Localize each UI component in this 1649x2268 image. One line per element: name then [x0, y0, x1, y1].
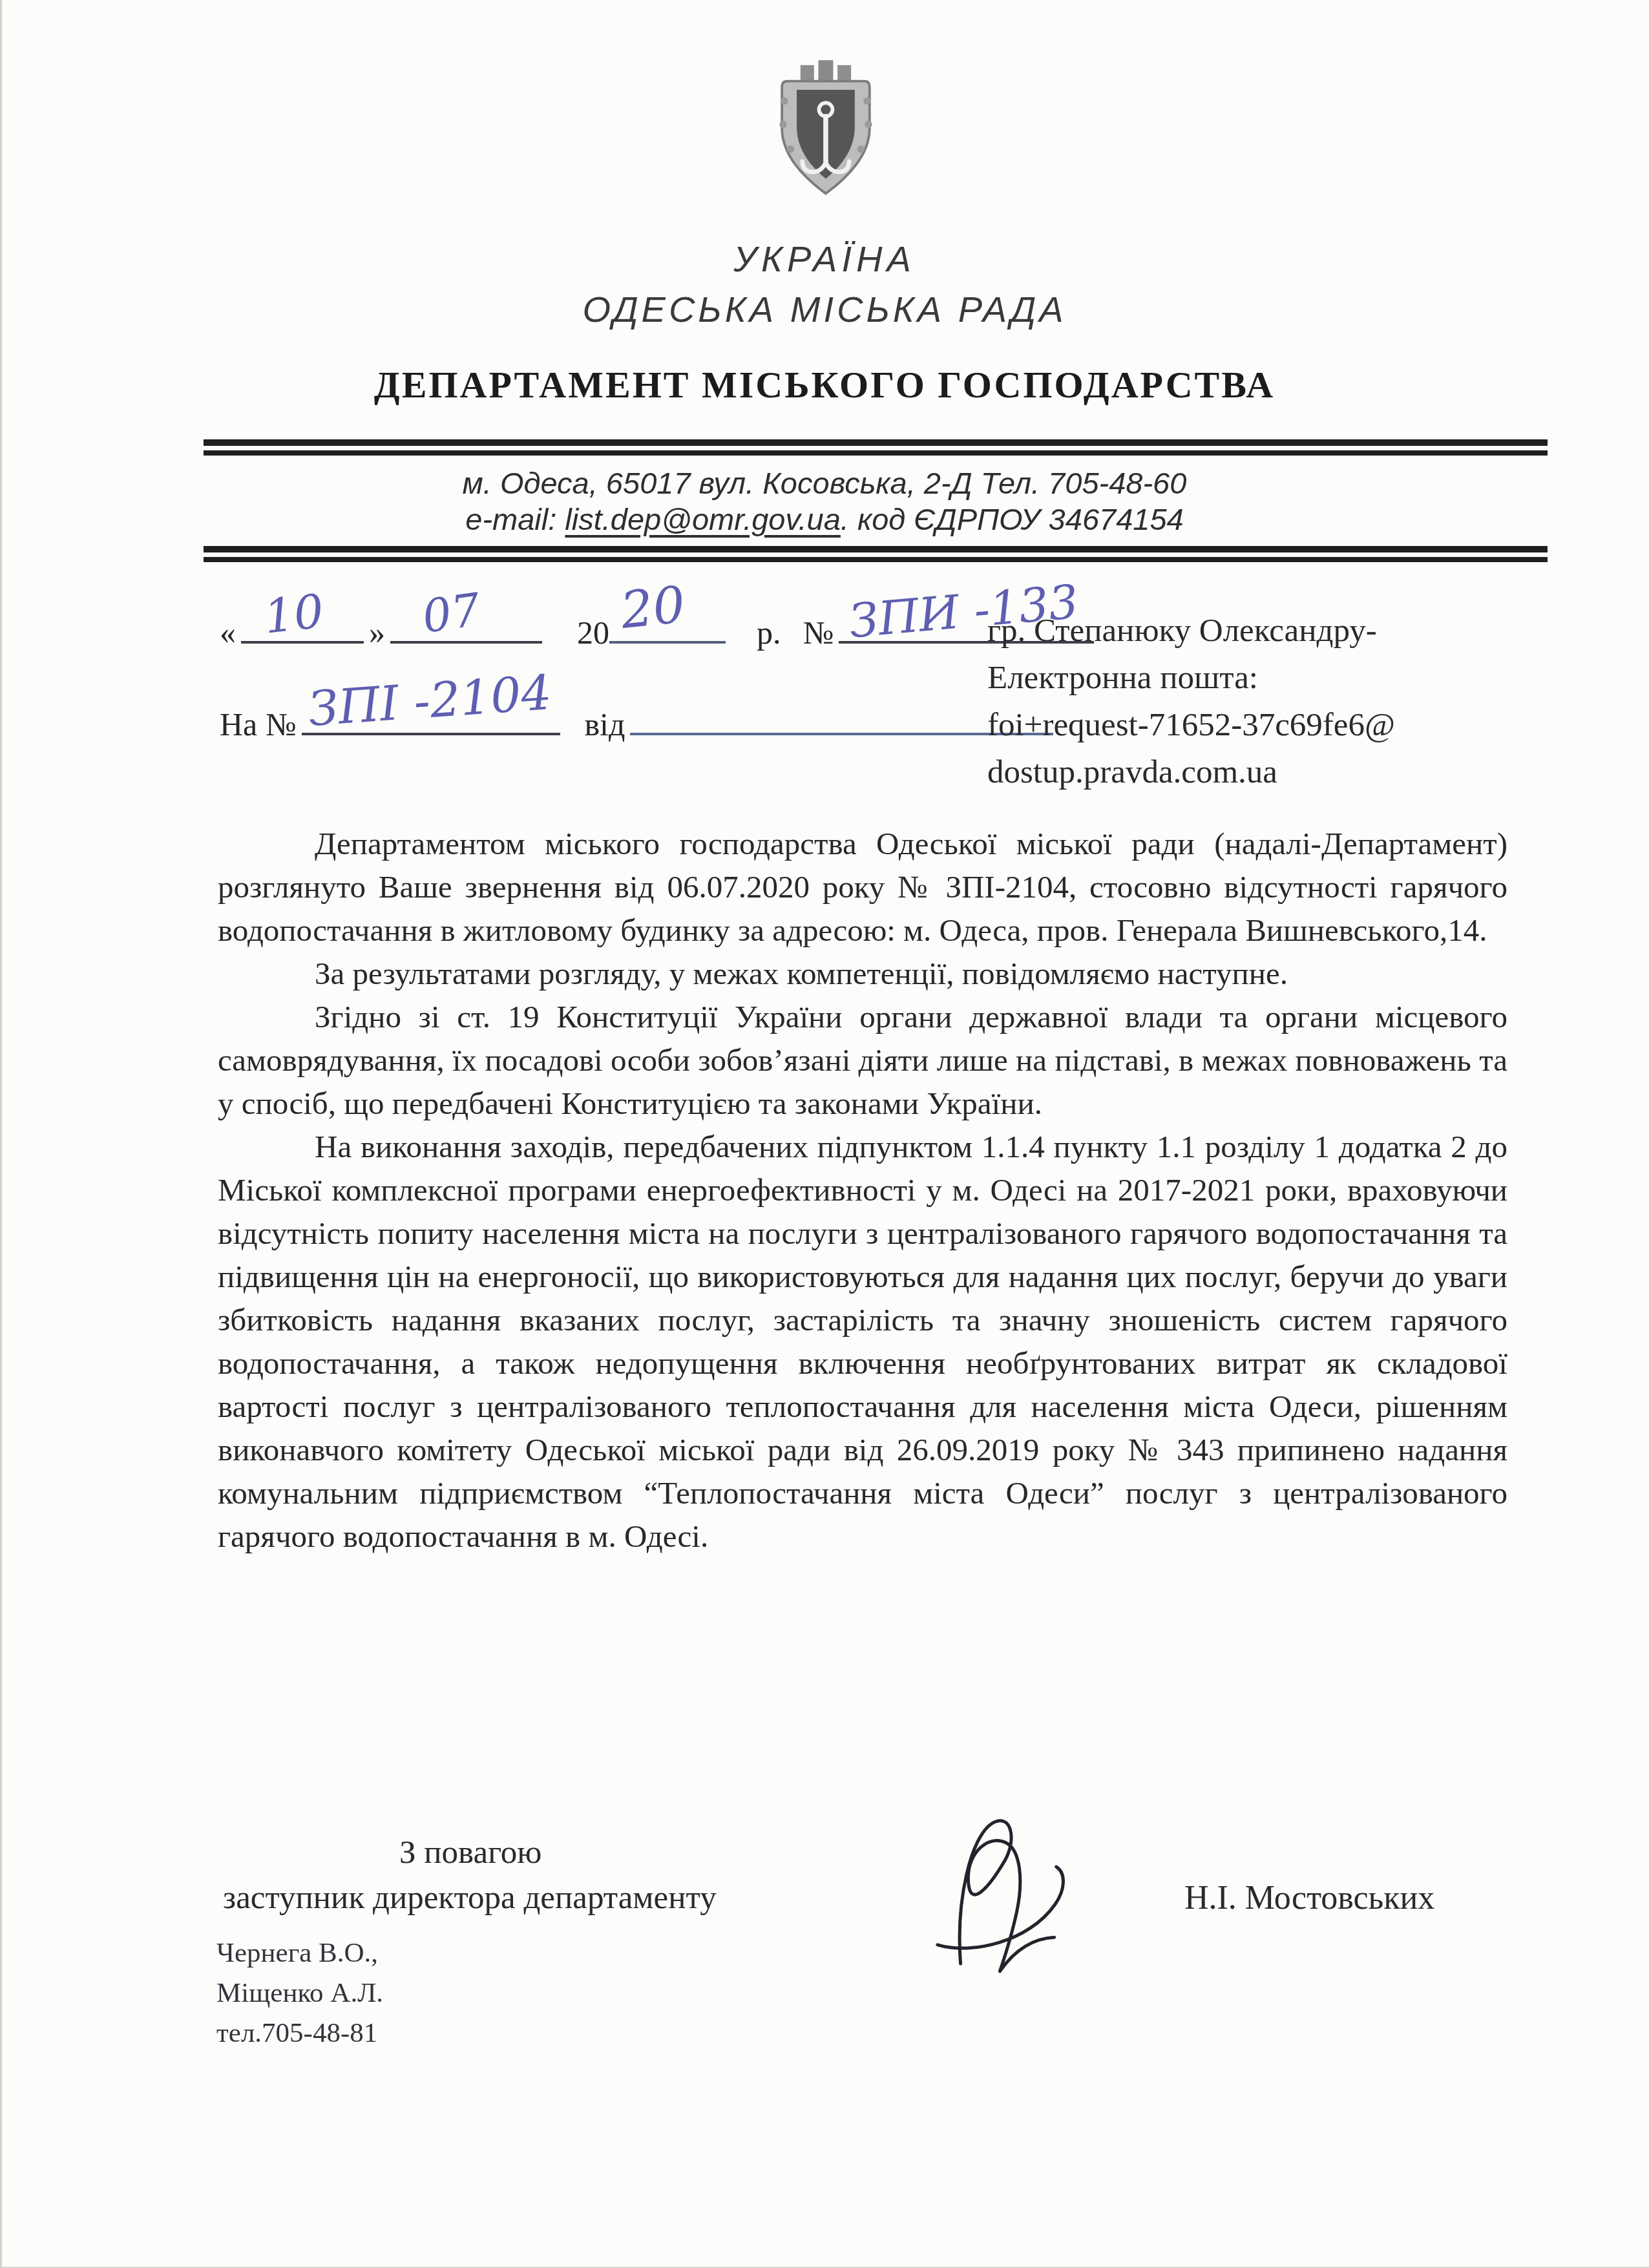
executor-block: Чернега В.О., Міщенко А.Л. тел.705-48-81: [216, 1933, 383, 2053]
double-rule-bottom: [204, 546, 1548, 562]
email-label: e-mail:: [465, 502, 565, 536]
executor-2: Міщенко А.Л.: [216, 1973, 383, 2013]
executor-1: Чернега В.О.,: [216, 1933, 383, 1973]
odesa-coat-of-arms-icon: [770, 57, 881, 207]
handwritten-reply-number: ЗПІ -2104: [306, 665, 553, 737]
reference-date-line: «10»072020р.№ЗПИ -133: [220, 605, 1099, 651]
signer-name: Н.І. Мостовських: [1184, 1879, 1434, 1917]
city-council-title: ОДЕСЬКА МІСЬКА РАДА: [0, 288, 1649, 330]
day-blank: 10: [241, 605, 364, 644]
month-blank: 07: [390, 605, 542, 644]
reply-number-blank: ЗПІ -2104: [302, 697, 560, 735]
year-suffix: р.: [757, 614, 781, 651]
scanned-letter-page: УКРАЇНА ОДЕСЬКА МІСЬКА РАДА ДЕПАРТАМЕНТ …: [0, 0, 1649, 2268]
paragraph-2: За результатами розгляду, у межах компет…: [218, 952, 1507, 995]
department-title: ДЕПАРТАМЕНТ МІСЬКОГО ГОСПОДАРСТВА: [0, 363, 1649, 406]
recipient-email-part1: foi+request-71652-37c69fe6@: [987, 702, 1556, 749]
open-quote: «: [220, 614, 236, 651]
salutation: З повагою: [399, 1834, 541, 1871]
handwritten-signature-icon: [853, 1796, 1124, 2003]
recipient-name: гр. Степанюку Олександру-: [987, 607, 1556, 655]
year-blank: 20: [609, 605, 726, 644]
double-rule-top: [204, 439, 1548, 456]
signer-position: заступник директора департаменту: [223, 1879, 717, 1916]
reply-label: На №: [220, 706, 297, 742]
close-quote: »: [369, 614, 385, 651]
paragraph-3: Згідно зі ст. 19 Конституції України орг…: [218, 995, 1507, 1125]
number-label: №: [803, 614, 834, 651]
handwritten-year: 20: [618, 576, 688, 640]
paragraph-4: На виконання заходів, передбачених підпу…: [218, 1125, 1507, 1558]
edrpou-code: . код ЄДРПОУ 34674154: [841, 502, 1184, 536]
email-address: list.dep@omr.gov.ua: [565, 502, 841, 536]
handwritten-day: 10: [262, 583, 326, 644]
handwritten-month: 07: [419, 583, 484, 644]
address-line: м. Одеса, 65017 вул. Косовська, 2-Д Тел.…: [0, 465, 1649, 501]
recipient-block: гр. Степанюку Олександру- Електронна пош…: [987, 607, 1556, 796]
recipient-email-part2: dostup.pravda.com.ua: [987, 749, 1556, 796]
country-title: УКРАЇНА: [0, 238, 1649, 280]
year-prefix: 20: [577, 614, 609, 651]
letter-body: Департаментом міського господарства Одес…: [218, 822, 1507, 1558]
reply-reference-line: На №ЗПІ -2104від: [220, 697, 1058, 743]
executor-phone: тел.705-48-81: [216, 2013, 383, 2053]
recipient-email-label: Електронна пошта:: [987, 655, 1556, 702]
paragraph-1: Департаментом міського господарства Одес…: [218, 822, 1507, 952]
email-line: e-mail: list.dep@omr.gov.ua. код ЄДРПОУ …: [0, 501, 1649, 537]
reply-from-label: від: [585, 706, 625, 742]
